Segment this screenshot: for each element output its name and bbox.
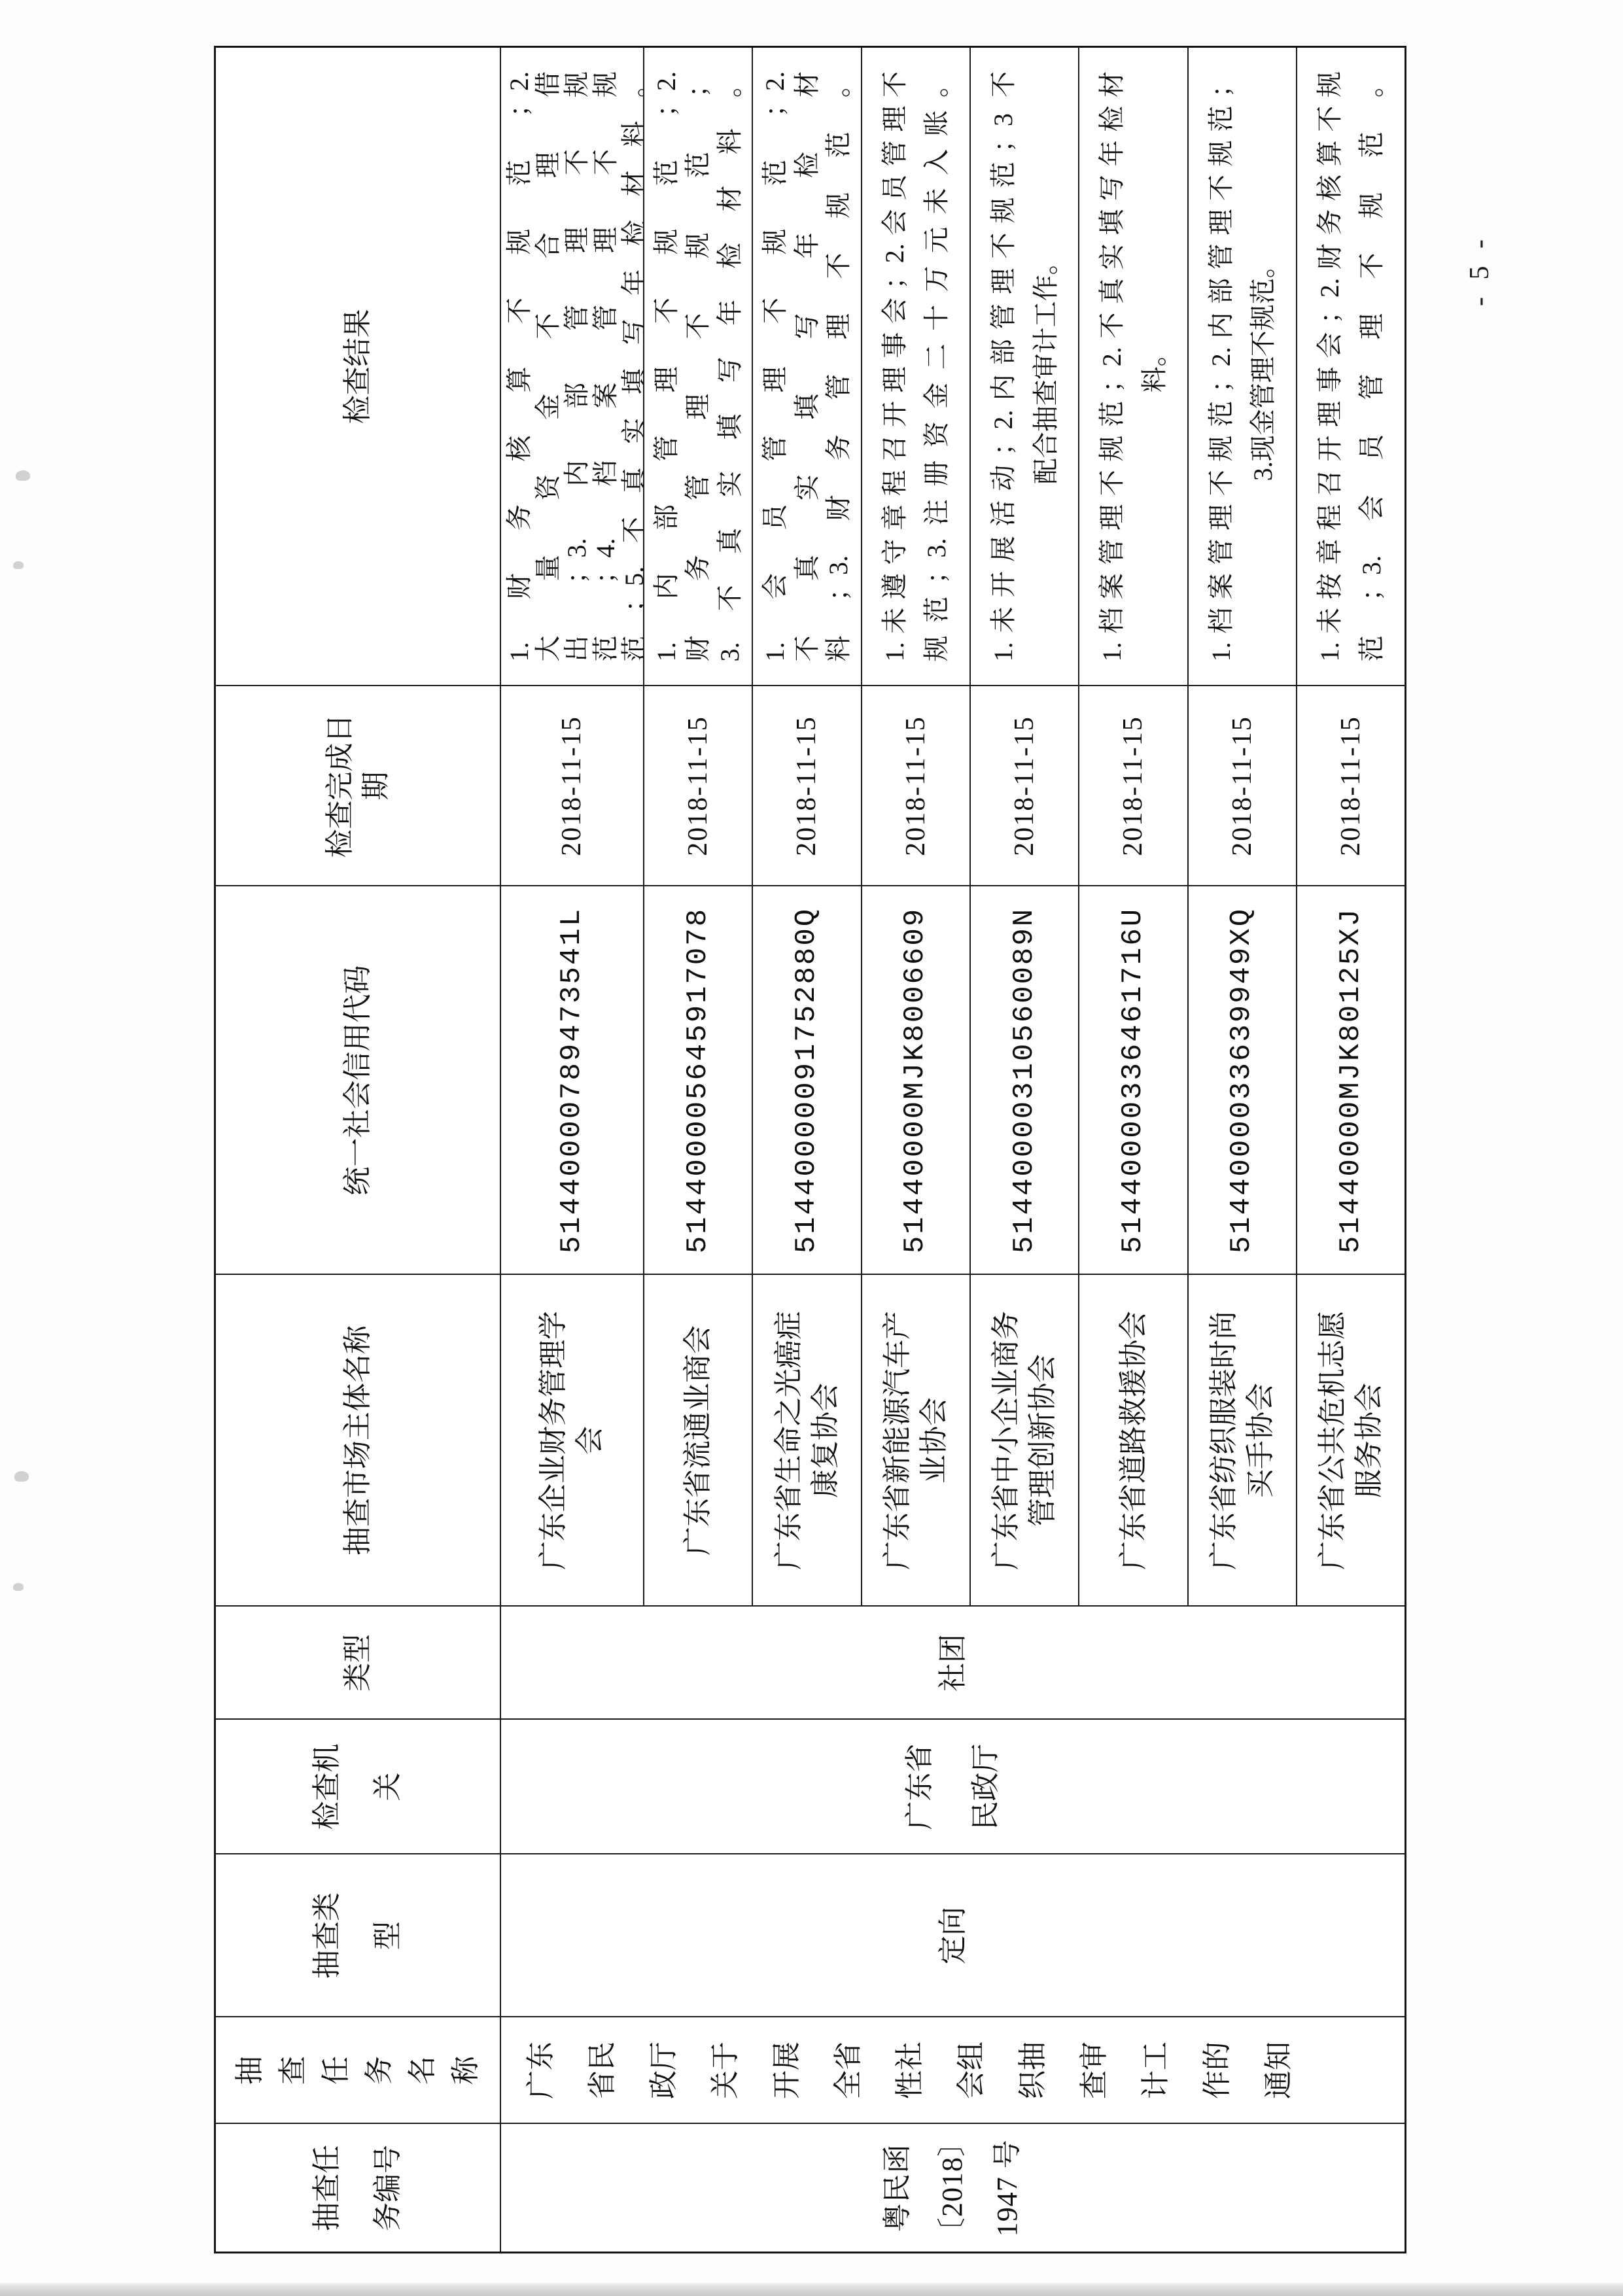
cell-finish-date: 2018-11-15: [644, 686, 752, 886]
result-line: 规范；3.注册资金二十万元未入账。: [922, 71, 951, 662]
cell-finish-date: 2018-11-15: [1297, 686, 1405, 886]
header-inspection-org: 检查机 关: [215, 1720, 500, 1854]
result-line: 料。: [1140, 71, 1169, 662]
cell-credit-code: 51440000789473541L: [500, 886, 644, 1275]
cell-credit-code: 514400005645917078: [644, 886, 752, 1275]
result-line: 3.现金管理不规范。: [1249, 71, 1278, 662]
cell-finish-date: 2018-11-15: [500, 686, 644, 886]
scan-artifact: [13, 1583, 24, 1591]
header-result: 检查结果: [215, 47, 500, 686]
header-finish-date: 检查完成日 期: [215, 686, 500, 886]
cell-credit-code: 51440000MJK8006609: [862, 886, 970, 1275]
table-row: 粤民函 〔2018〕 1947 号 广东 省民 政厅 关于 开展 全省 性社 会…: [500, 47, 644, 2253]
result-line: 1.未遵守章程召开理事会；2.会员管理不: [881, 71, 909, 662]
cell-org-name: 广东省新能源汽车产 业协会: [862, 1275, 970, 1607]
cell-org-name: 广东省道路救援协会: [1079, 1275, 1187, 1607]
cell-inspection-result: 1.会员管理不规范；2.不真实填写年检材料；3.财务管理不规范。: [752, 47, 861, 686]
header-row: 抽查任 务编号 抽 查 任 务 名 称 抽查类 型 检查机 关 类型 抽查市场主…: [215, 47, 500, 2253]
cell-task-name: 广东 省民 政厅 关于 开展 全省 性社 会组 织抽 查审 计工 作的 通知: [500, 2017, 1406, 2124]
cell-sampling-type: 定向: [500, 1854, 1406, 2017]
page-number: - 5 -: [1464, 234, 1495, 306]
result-line: 财务管理不规范；: [684, 71, 712, 662]
result-line: 范；3.会员管理不规范。: [1357, 71, 1386, 662]
cell-inspection-result: 1.档案管理不规范；2.不真实填写年检材料。: [1079, 47, 1187, 686]
result-line: 1.未开展活动；2.内部管理不规范；3 不: [989, 71, 1018, 662]
cell-inspection-result: 1.未遵守章程召开理事会；2.会员管理不规范；3.注册资金二十万元未入账。: [862, 47, 970, 686]
cell-task-number: 粤民函 〔2018〕 1947 号: [500, 2124, 1406, 2253]
result-line: 1.档案管理不规范；2.不真实填写年检材: [1098, 71, 1126, 662]
header-task-number: 抽查任 务编号: [215, 2124, 500, 2253]
result-line: 出；3.内部管理不规: [563, 71, 591, 662]
result-line: 料；3.财务管理不规范。: [824, 71, 853, 662]
cell-org-name: 广东省公共危机志愿 服务协会: [1297, 1275, 1405, 1607]
cell-org-name: 广东省中小企业商务 管理创新协会: [970, 1275, 1079, 1607]
cell-credit-code: 5144000033639949XQ: [1188, 886, 1297, 1275]
result-line: 1.未按章程召开理事会；2.财务核算不规: [1316, 71, 1344, 662]
result-line: 范；5.不真实填写年检材料。: [620, 71, 644, 662]
cell-credit-code: 51440000336461716U: [1079, 886, 1187, 1275]
cell-credit-code: 51440000091752880Q: [752, 886, 861, 1275]
scan-artifact: [13, 561, 24, 569]
audit-results-table: 抽查任 务编号 抽 查 任 务 名 称 抽查类 型 检查机 关 类型 抽查市场主…: [214, 46, 1406, 2253]
result-line: 1.会员管理不规范；2.: [761, 71, 790, 662]
cell-finish-date: 2018-11-15: [862, 686, 970, 886]
cell-org-name: 广东省生命之光癌症 康复协会: [752, 1275, 861, 1607]
cell-inspection-result: 1.未开展活动；2.内部管理不规范；3 不配合抽查审计工作。: [970, 47, 1079, 686]
cell-inspection-result: 1.财务核算不规范；2.大量资金不合理借出；3.内部管理不规范；4.档案管理不规…: [500, 47, 644, 686]
cell-credit-code: 51440000MJK80125XJ: [1297, 886, 1405, 1275]
cell-inspection-org: 广东省 民政厅: [500, 1720, 1406, 1854]
result-line: 大量资金不合理借: [534, 71, 563, 662]
cell-finish-date: 2018-11-15: [970, 686, 1079, 886]
cell-inspection-result: 1.档案管理不规范；2.内部管理不规范；3.现金管理不规范。: [1188, 47, 1297, 686]
result-line: 不真实填写年检材: [793, 71, 822, 662]
header-credit-code: 统一社会信用代码: [215, 886, 500, 1275]
result-line: 1.内部管理不规范；2.: [652, 71, 681, 662]
header-sampling-type: 抽查类 型: [215, 1854, 500, 2017]
scan-artifact: [14, 1471, 29, 1482]
header-entity-type: 类型: [215, 1607, 500, 1720]
rotated-landscape-sheet: - 5 - 抽查任 务编号 抽 查 任 务 名 称 抽查类 型 检查机 关 类型…: [0, 0, 1623, 2296]
cell-finish-date: 2018-11-15: [1079, 686, 1187, 886]
cell-entity-type: 社团: [500, 1607, 1406, 1720]
result-line: 1.财务核算不规范；2.: [505, 71, 534, 662]
cell-inspection-result: 1.未按章程召开理事会；2.财务核算不规范；3.会员管理不规范。: [1297, 47, 1405, 686]
result-line: 1.档案管理不规范；2.内部管理不规范；: [1207, 71, 1236, 662]
cell-finish-date: 2018-11-15: [752, 686, 861, 886]
header-entity-name: 抽查市场主体名称: [215, 1275, 500, 1607]
cell-org-name: 广东企业财务管理学 会: [500, 1275, 644, 1607]
cell-finish-date: 2018-11-15: [1188, 686, 1297, 886]
cell-credit-code: 51440000310560089N: [970, 886, 1079, 1275]
scan-artifact: [16, 470, 30, 481]
cell-inspection-result: 1.内部管理不规范；2.财务管理不规范；3.不真实填写年检材料。: [644, 47, 752, 686]
cell-org-name: 广东省流通业商会: [644, 1275, 752, 1607]
result-line: 配合抽查审计工作。: [1032, 71, 1060, 662]
scan-edge-shadow: [0, 2283, 1623, 2296]
scanned-document-page: - 5 - 抽查任 务编号 抽 查 任 务 名 称 抽查类 型 检查机 关 类型…: [0, 0, 1623, 2296]
result-line: 3.不真实填写年检材料。: [716, 71, 744, 662]
result-line: 范；4.档案管理不规: [591, 71, 620, 662]
cell-org-name: 广东省纺织服装时尚 买手协会: [1188, 1275, 1297, 1607]
header-task-name: 抽 查 任 务 名 称: [215, 2017, 500, 2124]
